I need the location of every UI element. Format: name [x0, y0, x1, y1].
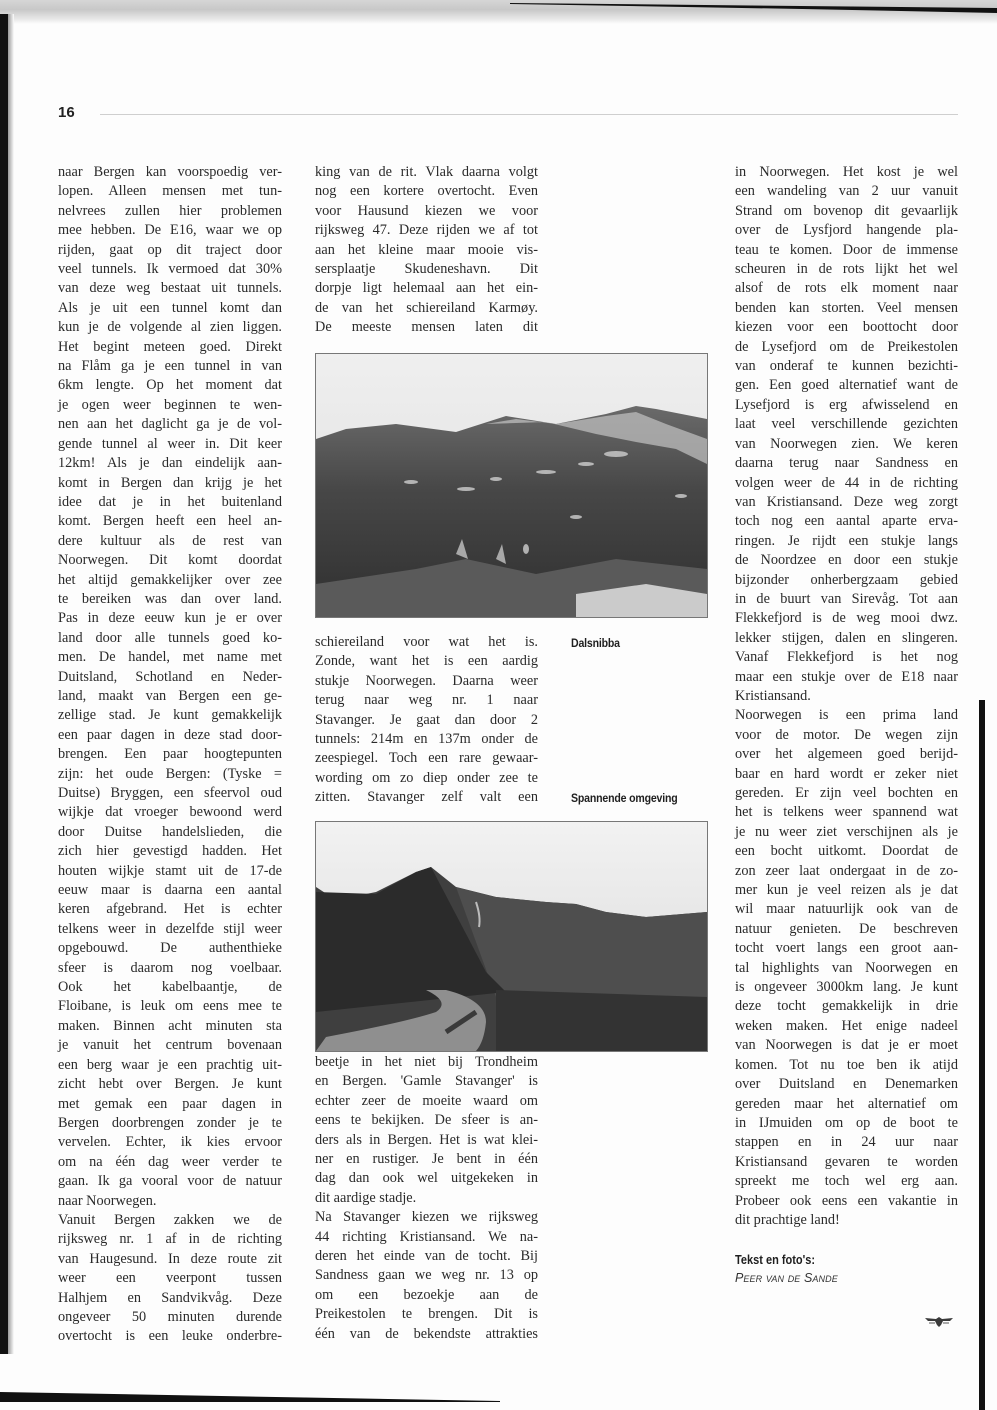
text-line: stukje Noorwegen. Daarna weer — [315, 672, 538, 691]
text-line: kiezen voor een boottocht door — [735, 318, 958, 337]
text-line: dere kultuur als de rest van — [58, 532, 282, 551]
text-line: je vanuit het centrum bovenaan — [58, 1036, 282, 1055]
text-line: 12km! Als je dan eindelijk aan- — [58, 454, 282, 473]
text-line: Kristiansand. — [735, 687, 958, 706]
text-line: Na Stavanger kiezen we rijksweg — [315, 1208, 538, 1227]
text-line: Lysefjord is erg afwisselend en — [735, 396, 958, 415]
text-line: overtocht is een leuke onderbre- — [58, 1327, 282, 1346]
article-column-2-top: king van de rit. Vlak daarna volgtnog ee… — [315, 163, 538, 338]
text-line: zicht hebt over Bergen. Je kunt — [58, 1075, 282, 1094]
text-line: alsof de rots elk moment naar — [735, 279, 958, 298]
text-line: sersplaatje Skudeneshavn. Dit — [315, 260, 538, 279]
text-line: de van het schiereiland Karmøy. — [315, 299, 538, 318]
text-line: gaan. Ik ga vooral voor de natuur — [58, 1172, 282, 1191]
header-rule — [100, 114, 958, 115]
text-line: rijden, gaat op dit traject door — [58, 241, 282, 260]
text-line: nen aan het daglicht ga je de vol- — [58, 415, 282, 434]
text-line: Duitsland, Schotland en Neder- — [58, 668, 282, 687]
text-line: een wandeling van 2 uur vanuit — [735, 182, 958, 201]
text-line: kun je de volgende al zien liggen. — [58, 318, 282, 337]
text-line: volgen weer de 44 in de richting — [735, 474, 958, 493]
text-line: natuur genieten. De beschreven — [735, 920, 958, 939]
text-line: in Noorwegen. Het kost je wel — [735, 163, 958, 182]
text-line: deze tocht gemakkelijk in drie — [735, 997, 958, 1016]
text-line: bijzonder onherbergzaam gebied — [735, 571, 958, 590]
text-line: Preikestolen te brengen. Dit is — [315, 1305, 538, 1324]
text-line: gen. Een goed alternatief want de — [735, 376, 958, 395]
text-line: over het algemeen goed berijd- — [735, 745, 958, 764]
text-line: men. De handel, met name met — [58, 648, 282, 667]
text-line: van Noorwegen zien. We keren — [735, 435, 958, 454]
photo-caption-spannende-omgeving: Spannende omgeving — [571, 791, 678, 805]
text-line: nelvrees zullen hier problemen — [58, 202, 282, 221]
text-line: opgebouwd. De authenthieke — [58, 939, 282, 958]
text-line: komen. Tot nu toe ben ik atijd — [735, 1056, 958, 1075]
road-mountain-image — [316, 822, 707, 1051]
text-line: van Kristiansand. Deze weg zorgt — [735, 493, 958, 512]
text-line: houten wijkje stamt uit de 17-de — [58, 862, 282, 881]
text-line: telkens weer in dezelfde stijl weer — [58, 920, 282, 939]
text-line: Bergen doorbrengen zonder je te — [58, 1114, 282, 1133]
text-line: voor de motor. De wegen zijn — [735, 726, 958, 745]
text-line: Vanuit Bergen zakken we de — [58, 1211, 282, 1230]
text-line: Halhjem en Sandvikvåg. Deze — [58, 1289, 282, 1308]
text-line: wording om zo diep onder zee te — [315, 769, 538, 788]
text-line: Als je uit een tunnel komt dan — [58, 299, 282, 318]
text-line: zeespiegel. Toch een rare gewaar- — [315, 749, 538, 768]
text-line: van deze weg bestaat uit tunnels. — [58, 279, 282, 298]
text-line: laat veel verschillende gezichten — [735, 415, 958, 434]
text-line: keren afgebrand. Het is echter — [58, 900, 282, 919]
text-line: eens te bekijken. De sfeer is an- — [315, 1111, 538, 1130]
text-line: door Duitse handelslieden, die — [58, 823, 282, 842]
article-column-3: in Noorwegen. Het kost je weleen wandeli… — [735, 163, 958, 1230]
text-line: zellige stad. Je kunt gemakkelijk — [58, 706, 282, 725]
text-line: Strand om bovenop dit gevaarlijk — [735, 202, 958, 221]
scan-bottom-edge — [0, 1392, 500, 1402]
text-line: zijn: het oude Bergen: (Tyske = — [58, 765, 282, 784]
text-line: vervelen. Echter, ik kies ervoor — [58, 1133, 282, 1152]
text-line: je ogen weer beginnen te wen- — [58, 396, 282, 415]
text-line: Het begint meteen goed. Direkt — [58, 338, 282, 357]
text-line: idee dat je in het buitenland — [58, 493, 282, 512]
winged-emblem-icon — [925, 1315, 953, 1329]
text-line: wijkje dat vroeger bewoond werd — [58, 803, 282, 822]
text-line: Duitse) Bryggen, een sfeervol oud — [58, 784, 282, 803]
text-line: lopen. Alleen mensen met tun- — [58, 182, 282, 201]
text-line: van Haugesund. In deze route zit — [58, 1250, 282, 1269]
text-line: naar Bergen kan voorspoedig ver- — [58, 163, 282, 182]
text-line: over de Lysfjord hangende pla- — [735, 221, 958, 240]
text-line: Pas in deze eeuw kun je er over — [58, 609, 282, 628]
text-line: toch nog een aantal aparte erva- — [735, 512, 958, 531]
text-line: brengen. Een paar hoogtepunten — [58, 745, 282, 764]
text-line: gereden maar het alternatief om — [735, 1095, 958, 1114]
text-line: sfeer is daarom nog voelbaar. — [58, 959, 282, 978]
page-number: 16 — [58, 104, 75, 121]
text-line: mee hebben. De E16, waar we op — [58, 221, 282, 240]
text-line: lekker stijgen, dalen en slingeren. — [735, 629, 958, 648]
text-line: een berg waar je een prachtig uit- — [58, 1056, 282, 1075]
text-line: 6km lengte. Op het moment dat — [58, 376, 282, 395]
text-line: stappen en in 24 uur naar — [735, 1133, 958, 1152]
text-line: rijksweg 47. Deze rijden we af tot — [315, 221, 538, 240]
text-line: van onderaf te kunnen bezichti- — [735, 357, 958, 376]
text-line: het altijd gemakkelijker over zee — [58, 571, 282, 590]
text-line: om na één dag weer verder te — [58, 1153, 282, 1172]
text-line: ders als in Bergen. Het is wat klei- — [315, 1131, 538, 1150]
text-line: schiereiland voor wat het is. — [315, 633, 538, 652]
text-line: ner en rustiger. Je bent in één — [315, 1150, 538, 1169]
text-line: dit prachtige land! — [735, 1211, 958, 1230]
text-line: ringen. Je rijdt een stukje langs — [735, 532, 958, 551]
text-line: dag dan ook wel uitgekeken in — [315, 1169, 538, 1188]
text-line: Noorwegen. Dit komt doordat — [58, 551, 282, 570]
text-line: king van de rit. Vlak daarna volgt — [315, 163, 538, 182]
text-line: Stavanger. Je gaat dan door 2 — [315, 711, 538, 730]
scan-left-shadow — [8, 14, 14, 1354]
text-line: gende tunnel al weer in. Dit keer — [58, 435, 282, 454]
text-line: land, maakt van Bergen een ge- — [58, 687, 282, 706]
scan-top-edge — [0, 0, 997, 24]
text-line: Probeer ook eens een vakantie in — [735, 1192, 958, 1211]
text-line: tunnels: 214m en 137m onder de — [315, 730, 538, 749]
text-line: nog een kortere overtocht. Even — [315, 182, 538, 201]
text-line: met gemak een paar dagen in — [58, 1095, 282, 1114]
text-line: weken maken. Het enige nadeel — [735, 1017, 958, 1036]
text-line: komt in Bergen dan krijg je het — [58, 474, 282, 493]
text-line: mer kun je veel reizen als je dat — [735, 881, 958, 900]
text-line: in IJmuiden om op de boot te — [735, 1114, 958, 1133]
photo-caption-dalsnibba: Dalsnibba — [571, 636, 620, 650]
text-line: benden kan storten. Veel mensen — [735, 299, 958, 318]
text-line: baar en hard wordt er zeker niet — [735, 765, 958, 784]
article-column-2-middle: schiereiland voor wat het is.Zonde, want… — [315, 633, 538, 808]
text-line: tocht voert langs een groot aan- — [735, 939, 958, 958]
text-line: Ook het kabelbaantje, de — [58, 978, 282, 997]
text-line: dit aardige stadje. — [315, 1189, 538, 1208]
text-line: rijksweg nr. 1 af in de richting — [58, 1230, 282, 1249]
text-line: je nu weer ziet verschijnen als je — [735, 823, 958, 842]
text-line: van Noorwegen is dat je er moet — [735, 1036, 958, 1055]
scan-right-edge — [979, 700, 985, 1410]
article-column-2-bottom: beetje in het niet bij Trondheimen Berge… — [315, 1053, 538, 1344]
text-line: daarna terug naar Sandness en — [735, 454, 958, 473]
credits-author: Peer van de Sande — [735, 1271, 838, 1285]
text-line: naar Noorwegen. — [58, 1192, 282, 1211]
text-line: ongeveer 50 minuten durende — [58, 1308, 282, 1327]
photo-dalsnibba — [315, 353, 708, 618]
text-line: na Flåm ga je een tunnel in van — [58, 357, 282, 376]
text-line: te bereiken was dan over land. — [58, 590, 282, 609]
article-column-1: naar Bergen kan voorspoedig ver-lopen. A… — [58, 163, 282, 1347]
text-line: een paar dagen in deze stad door- — [58, 726, 282, 745]
text-line: teau te komen. Door de immense — [735, 241, 958, 260]
text-line: beetje in het niet bij Trondheim — [315, 1053, 538, 1072]
text-line: scheuren in de rots lijkt het wel — [735, 260, 958, 279]
text-line: spreekt me toch wel erg aan. — [735, 1172, 958, 1191]
text-line: deren het einde van de tocht. Bij — [315, 1247, 538, 1266]
text-line: veel tunnels. Ik vermoed dat 30% — [58, 260, 282, 279]
text-line: komt. Bergen heeft een heel an- — [58, 512, 282, 531]
text-line: Sandness gaan we weg nr. 13 op — [315, 1266, 538, 1285]
text-line: maken. Binnen acht minuten sta — [58, 1017, 282, 1036]
text-line: dorpje ligt helemaal aan het ein- — [315, 279, 538, 298]
text-line: zitten. Stavanger zelf valt een — [315, 788, 538, 807]
text-line: over Duitsland en Denemarken — [735, 1075, 958, 1094]
text-line: het is telkens weer spannend wat — [735, 803, 958, 822]
text-line: zich hier gevestigd hadden. Het — [58, 842, 282, 861]
text-line: Kristiansand gevaren te worden — [735, 1153, 958, 1172]
text-line: Zonde, want het is een aardig — [315, 652, 538, 671]
text-line: aan het kleine maar mooie vis- — [315, 241, 538, 260]
text-line: een bocht uitkomt. Doordat de — [735, 842, 958, 861]
text-line: is ongeveer 3000km lang. Je kunt — [735, 978, 958, 997]
text-line: in de buurt van Sirevåg. Tot aan — [735, 590, 958, 609]
text-line: om een bezoekje aan de — [315, 1286, 538, 1305]
text-line: tal highlights van Noorwegen en — [735, 959, 958, 978]
text-line: en Bergen. 'Gamle Stavanger' is — [315, 1072, 538, 1091]
text-line: gereden. Er zijn veel bochten en — [735, 784, 958, 803]
text-line: terug naar weg nr. 1 naar — [315, 691, 538, 710]
photo-spannende-omgeving — [315, 821, 708, 1052]
text-line: De meeste mensen laten dit — [315, 318, 538, 337]
text-line: één van de bekendste attrakties — [315, 1325, 538, 1344]
text-line: Floibane, is leuk om eens mee te — [58, 997, 282, 1016]
text-line: eeuw maar is daarna een aantal — [58, 881, 282, 900]
text-line: weer een veerpont tussen — [58, 1269, 282, 1288]
text-line: Flekkefjord is de weg mooi dwz. — [735, 609, 958, 628]
mountain-landscape-image — [316, 354, 707, 617]
credits-label: Tekst en foto's: — [735, 1253, 815, 1267]
text-line: wil maar natuurlijk ook van de — [735, 900, 958, 919]
text-line: de Noordzee en door een stukje — [735, 551, 958, 570]
text-line: 44 richting Kristiansand. We na- — [315, 1228, 538, 1247]
text-line: echter zeer de moeite waard om — [315, 1092, 538, 1111]
text-line: de Lysefjord om de Preikestolen — [735, 338, 958, 357]
text-line: zon zeer laat ondergaat in de zo- — [735, 862, 958, 881]
text-line: Noorwegen is een prima land — [735, 706, 958, 725]
text-line: voor Hausund kiezen we voor — [315, 202, 538, 221]
text-line: maar een stukje over de E18 naar — [735, 668, 958, 687]
text-line: Vanaf Flekkefjord is het nog — [735, 648, 958, 667]
text-line: land door alle tunnels goed ko- — [58, 629, 282, 648]
scan-left-edge — [0, 14, 8, 1354]
